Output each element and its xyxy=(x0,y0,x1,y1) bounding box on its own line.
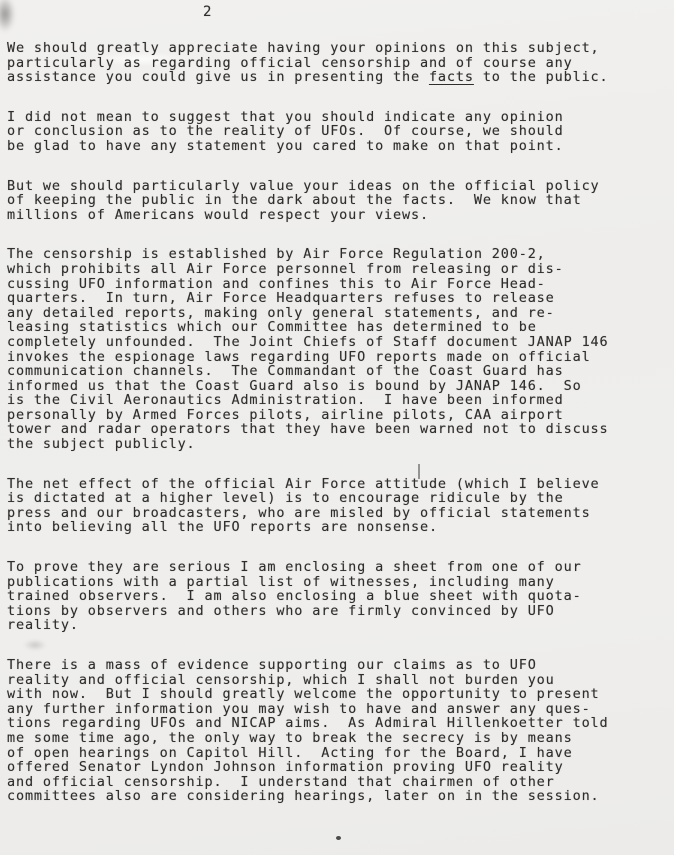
text-line: leasing statistics which our Committee h… xyxy=(7,320,667,335)
text-line: is dictated at a higher level) is to enc… xyxy=(7,491,667,506)
text-line: with now. But I should greatly welcome t… xyxy=(7,687,667,702)
text-line: is the Civil Aeronautics Administration.… xyxy=(7,393,667,408)
text-line: offered Senator Lyndon Johnson informati… xyxy=(7,760,667,775)
text-line: quarters. In turn, Air Force Headquarter… xyxy=(7,291,667,306)
paragraph-censorship-regulations: The censorship is established by Air For… xyxy=(7,247,667,451)
text-line: informed us that the Coast Guard also is… xyxy=(7,379,667,394)
text-line: me some time ago, the only way to break … xyxy=(7,731,667,746)
paragraph-no-opinion-needed: I did not mean to suggest that you shoul… xyxy=(7,110,667,154)
text-line: completely unfounded. The Joint Chiefs o… xyxy=(7,335,667,350)
text-line: There is a mass of evidence supporting o… xyxy=(7,658,667,673)
text-line: millions of Americans would respect your… xyxy=(7,208,667,223)
text-line: The censorship is established by Air For… xyxy=(7,247,667,262)
paragraph-enclosures: To prove they are serious I am enclosing… xyxy=(7,560,667,633)
text-segment: assistance you could give us in presenti… xyxy=(7,69,429,85)
scan-corner-shade xyxy=(0,0,18,38)
paragraph-official-policy: But we should particularly value your id… xyxy=(7,179,667,223)
text-line: publications with a partial list of witn… xyxy=(7,575,667,590)
text-line: of open hearings on Capitol Hill. Acting… xyxy=(7,746,667,761)
paragraph-net-effect: The net effect of the official Air Force… xyxy=(7,477,667,535)
text-line: The net effect of the official Air Force… xyxy=(7,477,667,492)
text-line: reality. xyxy=(7,618,667,633)
text-line: reality and official censorship, which I… xyxy=(7,673,667,688)
text-line: committees also are considering hearings… xyxy=(7,789,667,804)
paragraph-evidence-hearings: There is a mass of evidence supporting o… xyxy=(7,658,667,804)
text-line: tions by observers and others who are fi… xyxy=(7,604,667,619)
text-line: I did not mean to suggest that you shoul… xyxy=(7,110,667,125)
text-line: cussing UFO information and confines thi… xyxy=(7,277,667,292)
letter-body: We should greatly appreciate having your… xyxy=(7,41,667,829)
text-line: tower and radar operators that they have… xyxy=(7,422,667,437)
text-line: communication channels. The Commandant o… xyxy=(7,364,667,379)
text-line: To prove they are serious I am enclosing… xyxy=(7,560,667,575)
text-line: be glad to have any statement you cared … xyxy=(7,139,667,154)
paragraph-opinions-request: We should greatly appreciate having your… xyxy=(7,41,667,85)
text-line: into believing all the UFO reports are n… xyxy=(7,520,667,535)
text-line: We should greatly appreciate having your… xyxy=(7,41,667,56)
stray-ink-dot xyxy=(336,836,341,840)
underlined-word-facts: facts xyxy=(429,69,474,85)
text-segment: to the public. xyxy=(474,69,609,85)
text-line: or conclusion as to the reality of UFOs.… xyxy=(7,124,667,139)
text-line: which prohibits all Air Force personnel … xyxy=(7,262,667,277)
text-line: particularly as regarding official censo… xyxy=(7,56,667,71)
scanned-letter-page: 2 We should greatly appreciate having yo… xyxy=(0,0,674,855)
text-line: press and our broadcasters, who are misl… xyxy=(7,506,667,521)
text-line: of keeping the public in the dark about … xyxy=(7,193,667,208)
text-line: But we should particularly value your id… xyxy=(7,179,667,194)
text-line: and official censorship. I understand th… xyxy=(7,775,667,790)
text-line: tions regarding UFOs and NICAP aims. As … xyxy=(7,716,667,731)
text-line: any further information you may wish to … xyxy=(7,702,667,717)
text-line: any detailed reports, making only genera… xyxy=(7,306,667,321)
text-line: trained observers. I am also enclosing a… xyxy=(7,589,667,604)
text-line: assistance you could give us in presenti… xyxy=(7,70,667,85)
page-number: 2 xyxy=(203,4,212,20)
text-line: the subject publicly. xyxy=(7,437,667,452)
text-line: invokes the espionage laws regarding UFO… xyxy=(7,350,667,365)
text-line: personally by Armed Forces pilots, airli… xyxy=(7,408,667,423)
